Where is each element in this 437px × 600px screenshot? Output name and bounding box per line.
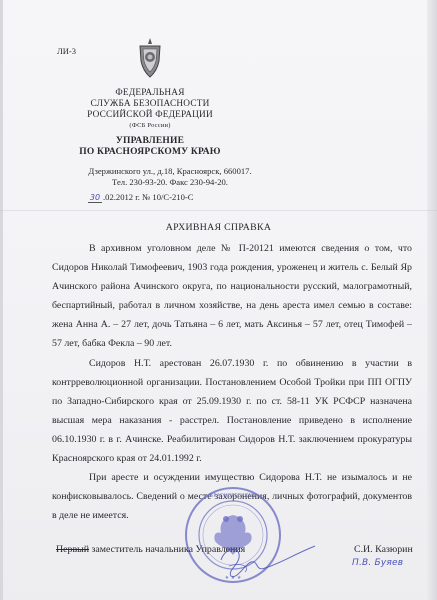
organization-header: ФЕДЕРАЛЬНАЯ СЛУЖБА БЕЗОПАСНОСТИ РОССИЙСК… xyxy=(60,88,240,158)
outgoing-number: 30.02.2012 г. № 10/С-210-С xyxy=(88,192,194,203)
svg-text:КРАСНОЯРСКОМУ: КРАСНОЯРСКОМУ xyxy=(210,493,256,499)
org-line: РОССИЙСКОЙ ФЕДЕРАЦИИ xyxy=(60,110,240,121)
fsb-emblem-icon xyxy=(134,37,166,79)
department-line: УПРАВЛЕНИЕ xyxy=(60,136,240,147)
outgoing-rest: .02.2012 г. № 10/С-210-С xyxy=(103,192,194,202)
document-body: В архивном уголовном деле № П-20121 имею… xyxy=(52,239,412,525)
paragraph: Сидоров Н.Т. арестован 26.07.1930 г. по … xyxy=(52,354,412,469)
department-line: ПО КРАСНОЯРСКОМУ КРАЮ xyxy=(60,147,240,158)
page-edge-right xyxy=(427,0,437,600)
address-block: Дзержинского ул., д.18, Красноярск, 6600… xyxy=(40,166,300,188)
paragraph: В архивном уголовном деле № П-20121 имею… xyxy=(52,239,412,354)
document-code: ЛИ-3 xyxy=(57,46,76,56)
phones: Тел. 230-93-20. Факс 230-94-20. xyxy=(40,177,300,188)
struck-word: Первый xyxy=(56,544,89,555)
paper-fold xyxy=(0,210,437,211)
signatory-name: С.И. Казюрин xyxy=(354,544,413,555)
handwritten-day: 30 xyxy=(88,193,102,203)
document-page: ЛИ-3 ФЕДЕРАЛЬНАЯ СЛУЖБА БЕЗОПАСНОСТИ РОС… xyxy=(0,0,437,600)
org-line: ФЕДЕРАЛЬНАЯ xyxy=(60,88,240,99)
address: Дзержинского ул., д.18, Красноярск, 6600… xyxy=(40,166,300,177)
page-edge-left xyxy=(0,0,3,600)
org-short-name: (ФСБ России) xyxy=(60,121,240,131)
handwritten-signature-icon xyxy=(215,540,325,580)
document-title: АРХИВНАЯ СПРАВКА xyxy=(0,222,437,233)
handwritten-name: П.В. Буяев xyxy=(352,558,403,568)
org-line: СЛУЖБА БЕЗОПАСНОСТИ xyxy=(60,99,240,110)
